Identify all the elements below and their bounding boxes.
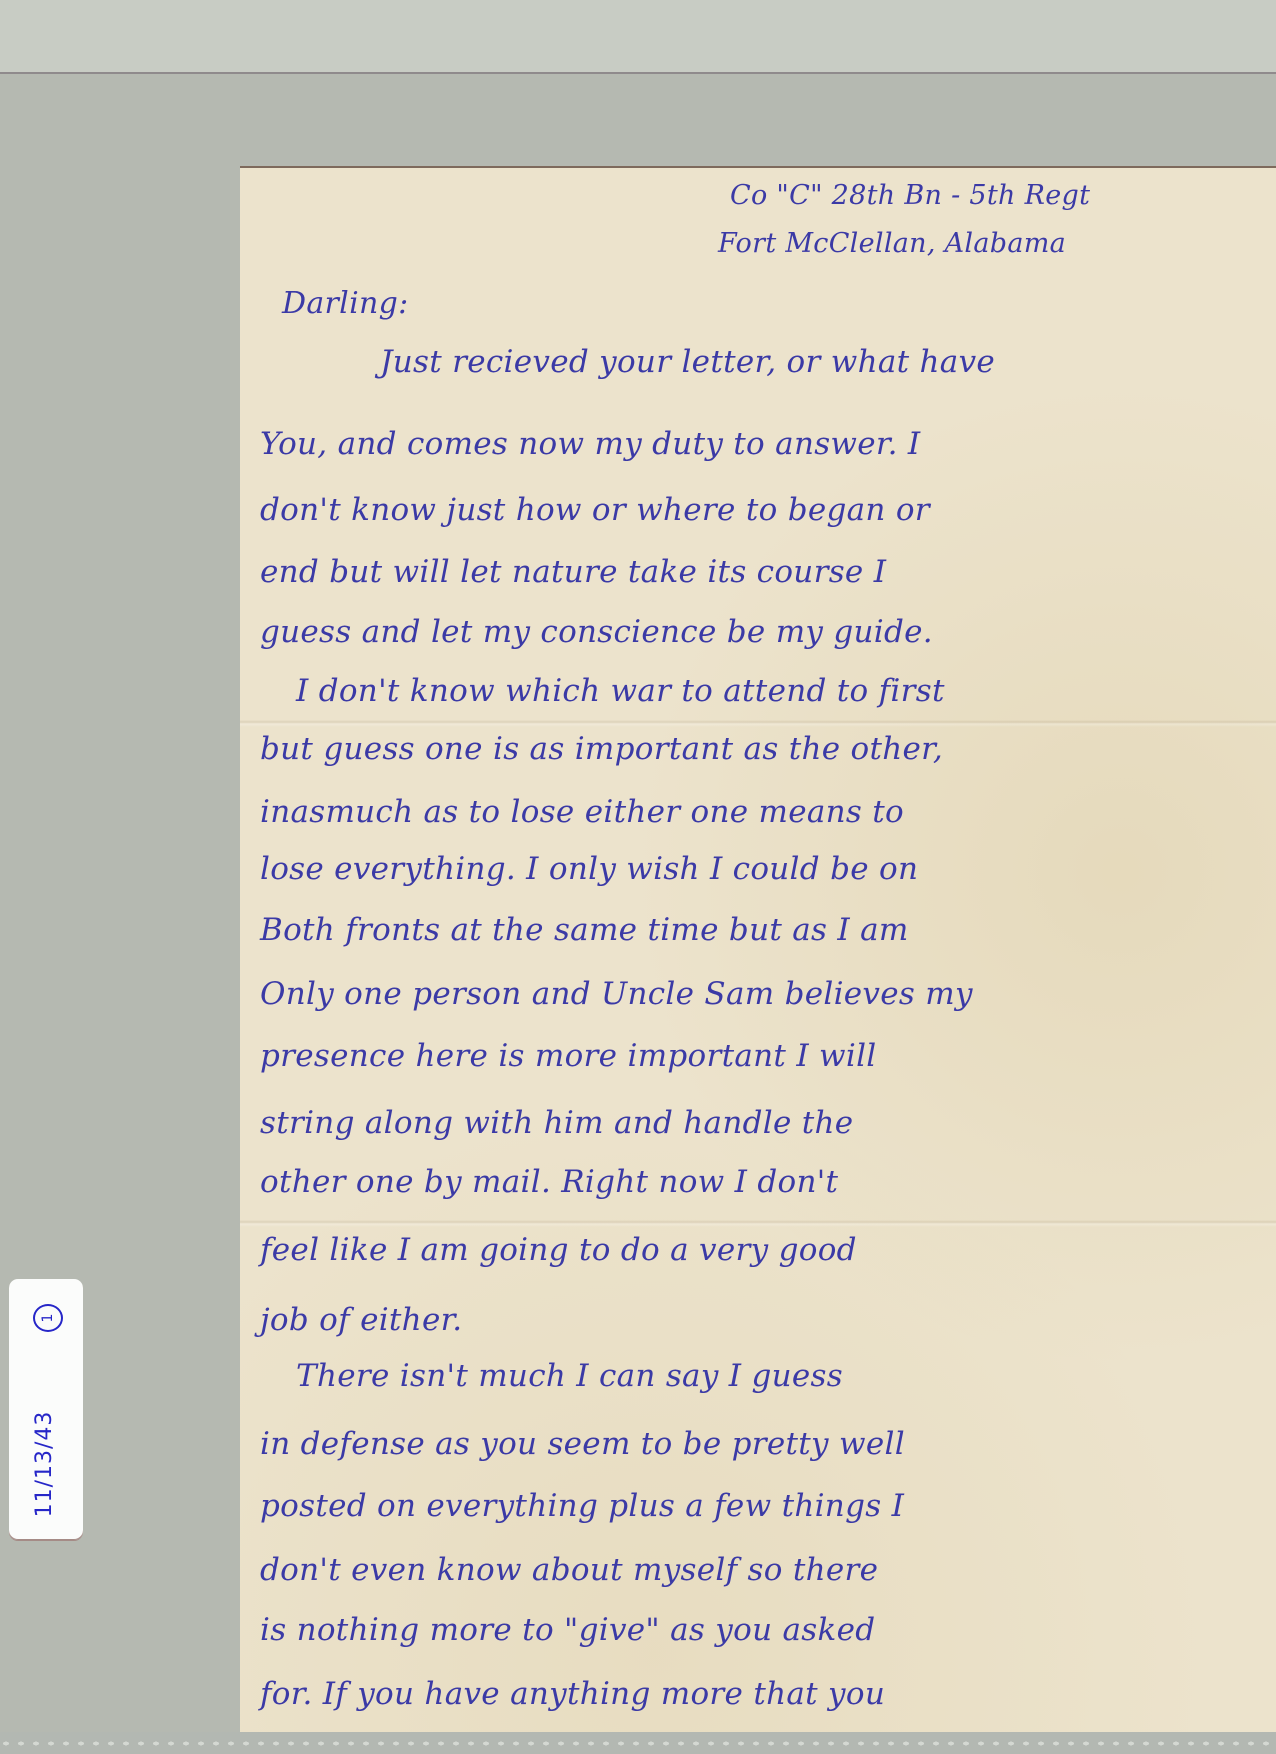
letter-line: in defense as you seem to be pretty well xyxy=(260,1426,905,1462)
letter-line: presence here is more important I will xyxy=(260,1038,877,1074)
letter-line: There isn't much I can say I guess xyxy=(296,1358,843,1394)
letter-line: Only one person and Uncle Sam believes m… xyxy=(260,976,973,1012)
letter-line: Just recieved your letter, or what have xyxy=(380,344,995,380)
archive-date: 11/13/43 xyxy=(32,1404,62,1524)
letter-line: I don't know which war to attend to firs… xyxy=(296,673,945,709)
letter-line: posted on everything plus a few things I xyxy=(260,1488,904,1524)
letter-line: end but will let nature take its course … xyxy=(260,554,886,590)
perforation-holes xyxy=(0,1741,1276,1746)
letter-line: don't know just how or where to began or xyxy=(260,492,930,528)
letter-line: lose everything. I only wish I could be … xyxy=(260,851,918,887)
salutation: Darling: xyxy=(282,286,409,321)
scanner-bottom-strip xyxy=(0,1732,1276,1754)
letter-line: You, and comes now my duty to answer. I xyxy=(260,426,920,462)
letter-line: but guess one is as important as the oth… xyxy=(260,731,943,767)
scanner-top-band xyxy=(0,0,1276,74)
letter-page: Co "C" 28th Bn - 5th Regt Fort McClellan… xyxy=(240,166,1276,1732)
letter-line: don't even know about myself so there xyxy=(260,1552,878,1588)
letter-line: string along with him and handle the xyxy=(260,1105,853,1141)
letter-line: is nothing more to "give" as you asked xyxy=(260,1612,875,1648)
archive-label: 1 11/13/43 xyxy=(9,1279,83,1540)
letter-line: for. If you have anything more that you xyxy=(260,1676,885,1712)
letter-line: Both fronts at the same time but as I am xyxy=(260,912,909,948)
letter-line: guess and let my conscience be my guide. xyxy=(260,614,933,650)
letter-line: feel like I am going to do a very good xyxy=(260,1232,857,1268)
letter-line: job of either. xyxy=(260,1302,462,1338)
return-address-line-1: Co "C" 28th Bn - 5th Regt xyxy=(730,180,1090,211)
letter-line: other one by mail. Right now I don't xyxy=(260,1164,838,1200)
page-marker-circle: 1 xyxy=(33,1304,63,1332)
letter-line: inasmuch as to lose either one means to xyxy=(260,794,904,830)
return-address-line-2: Fort McClellan, Alabama xyxy=(718,228,1066,259)
